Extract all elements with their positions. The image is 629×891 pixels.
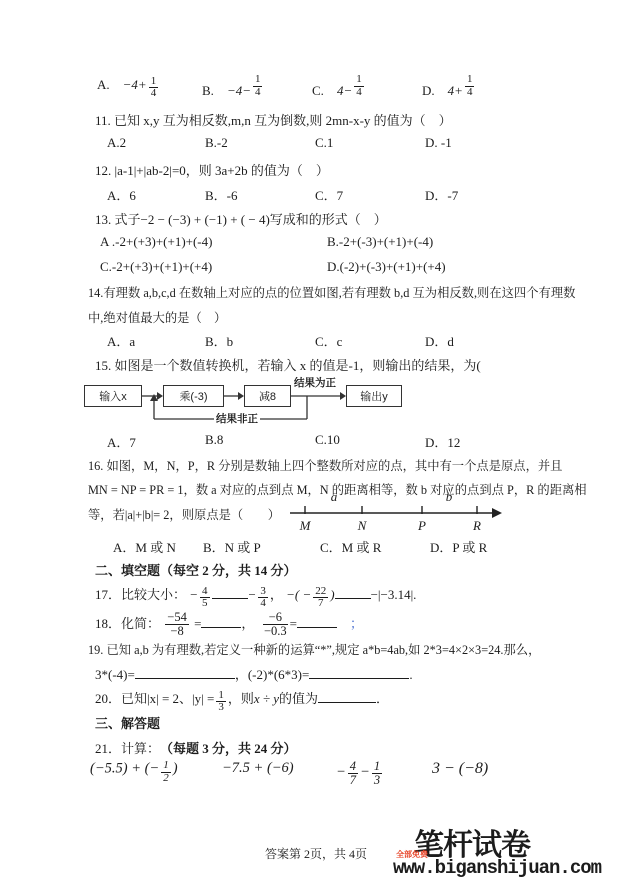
flow-box-output: 输出y — [346, 385, 402, 407]
fraction-numerator: 1 — [253, 74, 263, 87]
fraction-denominator: 7 — [348, 774, 358, 787]
q13-stem: 13. 式子−2 − (−3) + (−1) + ( − 4)写成和的形式（ ） — [95, 209, 619, 228]
math-pre: −4− — [227, 83, 251, 98]
q15-options-row: A．7 B.8 C.10 D．12 — [0, 432, 629, 450]
q12-option-b: B．-6 — [205, 185, 238, 204]
q21-expr-1: (−5.5) + (−12) — [90, 760, 178, 784]
answer-blank — [297, 615, 337, 628]
flow-label-nonpositive: 结果非正 — [214, 411, 260, 426]
point-n-label: N — [357, 518, 368, 533]
fraction-denominator: 4 — [465, 87, 475, 99]
q13-option-d: D.(-2)+(-3)+(+1)+(+4) — [327, 259, 446, 275]
answer-blank — [201, 615, 241, 628]
math-minus: − — [360, 764, 370, 780]
flow-box-multiply: 乘(-3) — [163, 385, 224, 407]
flow-box-input: 输入x — [84, 385, 142, 407]
q19-expr1: 3*(-4)= — [95, 667, 135, 682]
q14-option-d: D．d — [425, 331, 454, 350]
math-pre: −4+ — [123, 77, 147, 92]
point-a-label: a — [331, 489, 338, 504]
q14-option-a: A．a — [107, 331, 135, 350]
option-letter: D. — [422, 83, 435, 98]
q11-options-row: A.2 B.-2 C.1 D. -1 — [0, 135, 629, 153]
fraction: 13 — [372, 760, 382, 787]
fraction-numerator: 1 — [372, 760, 382, 774]
blue-semicolon: ； — [350, 616, 363, 631]
q14-stem-line1: 14.有理数 a,b,c,d 在数轴上对应的点的位置如图,若有理数 b,d 互为… — [88, 283, 619, 301]
separator: ， — [270, 587, 283, 602]
fraction-numerator: 1 — [465, 74, 475, 87]
section-2-heading: 二、填空题（每空 2 分，共 14 分） — [95, 560, 619, 579]
point-b-label: b — [446, 489, 453, 504]
axis-arrowhead — [492, 508, 502, 518]
fraction: 12 — [161, 760, 171, 784]
fraction-denominator: 2 — [161, 773, 171, 785]
fraction: 34 — [258, 586, 268, 610]
q10-option-d: D. 4+14 — [422, 74, 476, 99]
q14-option-b: B．b — [205, 331, 233, 350]
fraction: 13 — [216, 690, 226, 714]
q13-option-c: C.-2+(+3)+(+1)+(+4) — [100, 259, 212, 275]
answer-blank — [318, 690, 376, 703]
q11-stem: 11. 已知 x,y 互为相反数,m,n 互为倒数,则 2mn-x-y 的值为（… — [95, 110, 619, 129]
q21-expr-3: −47−13 — [336, 760, 384, 787]
q14-stem-line2: 中,绝对值最大的是（ ） — [88, 308, 619, 326]
answer-blank — [135, 666, 235, 679]
equals-sign: = — [194, 616, 201, 631]
q18-label: 18．化简： — [95, 616, 160, 631]
fraction-numerator: −54 — [165, 611, 189, 625]
exam-paper-page: A. −4+14 B. −4−14 C. 4−14 D. 4+14 11. 已知… — [0, 0, 629, 891]
q10-option-a: A. −4+14 — [97, 74, 160, 100]
q15-option-d: D．12 — [425, 432, 460, 451]
q12-stem: 12. |a-1|+|ab-2|=0，则 3a+2b 的值为（ ） — [95, 160, 619, 179]
q10-option-b: B. −4−14 — [202, 74, 264, 99]
q16-number-line: a b M N P R — [288, 489, 503, 535]
q13-options-row1: A .-2+(+3)+(+1)+(-4) B.-2+(-3)+(+1)+(-4) — [0, 234, 629, 252]
separator: ， — [241, 616, 248, 631]
q20-stem: 20．已知|x| = 2、|y| =13，则x ÷ y的值为． — [95, 688, 619, 714]
fraction-denominator: −0.3 — [263, 625, 288, 638]
q10-options-row: A. −4+14 B. −4−14 C. 4−14 D. 4+14 — [0, 74, 629, 110]
fraction-denominator: 4 — [354, 87, 364, 99]
fraction: 14 — [465, 74, 475, 98]
q19-expr2: (-2)*(6*3)= — [248, 667, 309, 682]
q13-option-a: A .-2+(+3)+(+1)+(-4) — [100, 234, 212, 250]
fraction: 47 — [348, 760, 358, 787]
q16-option-d: D．P 或 R — [430, 537, 487, 556]
q11-option-c: C.1 — [315, 135, 333, 151]
math-open: −( − — [286, 587, 311, 602]
q11-option-b: B.-2 — [205, 135, 228, 151]
flow-label-positive: 结果为正 — [292, 375, 338, 390]
math-pre: 4− — [337, 83, 352, 98]
math-pre: (−5.5) + (− — [90, 761, 159, 777]
math-post: ) — [173, 761, 178, 777]
fraction-denominator: −8 — [165, 625, 189, 638]
q12-option-a: A．6 — [107, 185, 136, 204]
answer-blank — [212, 586, 248, 599]
separator: ， — [235, 667, 248, 682]
q21-expressions-row: (−5.5) + (−12) −7.5 + (−6) −47−13 3 − (−… — [0, 760, 629, 794]
q17-stem: 17．比较大小： −45−34， −( −227)−|−3.14|. — [95, 584, 619, 610]
q21-score-note: （每题 3 分，共 24 分） — [167, 741, 297, 756]
q16-stem-line1: 16. 如图，M，N，P，R 分别是数轴上四个整数所对应的点，其中有一个点是原点… — [88, 456, 619, 474]
site-logo-url: www.biganshijuan.com — [393, 857, 601, 879]
q20-given: 20．已知|x| = 2、|y| = — [95, 691, 214, 706]
q11-option-d: D. -1 — [425, 135, 452, 151]
option-letter: C. — [312, 83, 324, 98]
option-letter: A. — [97, 77, 110, 92]
q16-options-row: A．M 或 N B．N 或 P C．M 或 R D．P 或 R — [0, 537, 629, 555]
q15-option-c: C.10 — [315, 432, 340, 448]
q15-option-a: A．7 — [107, 432, 136, 451]
fraction-denominator: 7 — [313, 598, 328, 610]
q13-options-row2: C.-2+(+3)+(+1)+(+4) D.(-2)+(-3)+(+1)+(+4… — [0, 259, 629, 277]
q14-option-c: C．c — [315, 331, 342, 350]
q11-option-a: A.2 — [107, 135, 126, 151]
q15-flowchart: 输入x 乘(-3) 减8 输出y 结果为正 结果非正 — [82, 374, 404, 432]
q12-option-d: D．-7 — [425, 185, 458, 204]
q10-option-c: C. 4−14 — [312, 74, 366, 99]
section-3-heading: 三、解答题 — [95, 713, 619, 732]
q20-then: ，则 — [228, 691, 254, 706]
math-expression: x ÷ y — [254, 691, 279, 706]
period: . — [409, 667, 412, 682]
answer-blank — [335, 586, 371, 599]
page-number-info: 答案第 2页，共 4页 — [265, 845, 367, 862]
fraction: 14 — [253, 74, 263, 98]
flow-box-subtract: 减8 — [244, 385, 291, 407]
q14-options-row: A．a B．b C．c D．d — [0, 331, 629, 349]
math-minus: − — [336, 764, 346, 780]
q13-option-b: B.-2+(-3)+(+1)+(-4) — [327, 234, 433, 250]
q18-stem: 18．化简： −54−8 =， −6−0.3= ； — [95, 611, 619, 638]
fraction-denominator: 3 — [372, 774, 382, 787]
fraction: −54−8 — [165, 611, 189, 638]
math-minus: − — [248, 587, 257, 602]
q15-option-b: B.8 — [205, 432, 223, 448]
answer-blank — [309, 666, 409, 679]
fraction-numerator: 4 — [348, 760, 358, 774]
q16-option-a: A．M 或 N — [113, 537, 176, 556]
q17-label: 17．比较大小： — [95, 587, 186, 602]
q17-tail: −|−3.14|. — [371, 587, 417, 602]
fraction-numerator: 1 — [354, 74, 364, 87]
point-m-label: M — [299, 518, 312, 533]
q21-expr-2: −7.5 + (−6) — [222, 760, 294, 777]
q20-valuefor: 的值为 — [279, 691, 318, 706]
fraction-denominator: 5 — [200, 598, 210, 610]
q12-option-c: C．7 — [315, 185, 343, 204]
fraction: 14 — [354, 74, 364, 98]
fraction-denominator: 3 — [216, 702, 226, 714]
fraction-numerator: −6 — [263, 611, 288, 625]
point-p-label: P — [417, 518, 426, 533]
fraction: −6−0.3 — [263, 611, 288, 638]
math-pre: 4+ — [448, 83, 463, 98]
math-minus: − — [189, 587, 198, 602]
q16-option-c: C．M 或 R — [320, 537, 381, 556]
q21-label: 21．计算： — [95, 741, 154, 756]
fraction-denominator: 4 — [258, 598, 268, 610]
q21-expr-4: 3 − (−8) — [432, 760, 488, 778]
equals-sign: = — [290, 616, 297, 631]
q19-stem-line2: 3*(-4)=，(-2)*(6*3)=. — [95, 664, 619, 683]
q15-stem: 15. 如图是一个数值转换机，若输入 x 的值是-1，则输出的结果，为( — [95, 355, 619, 374]
fraction-denominator: 4 — [253, 87, 263, 99]
fraction: 14 — [149, 76, 159, 100]
point-r-label: R — [472, 518, 481, 533]
fraction: 45 — [200, 586, 210, 610]
option-letter: B. — [202, 83, 214, 98]
q19-stem-line1: 19. 已知 a,b 为有理数,若定义一种新的运算“*”,规定 a*b=4ab,… — [88, 640, 619, 658]
q21-stem: 21．计算： （每题 3 分，共 24 分） — [95, 738, 619, 757]
fraction: 227 — [313, 586, 328, 610]
period: ． — [376, 691, 389, 706]
q12-options-row: A．6 B．-6 C．7 D．-7 — [0, 185, 629, 203]
fraction-numerator: 1 — [161, 760, 171, 773]
q16-option-b: B．N 或 P — [203, 537, 261, 556]
fraction-denominator: 4 — [149, 88, 159, 100]
